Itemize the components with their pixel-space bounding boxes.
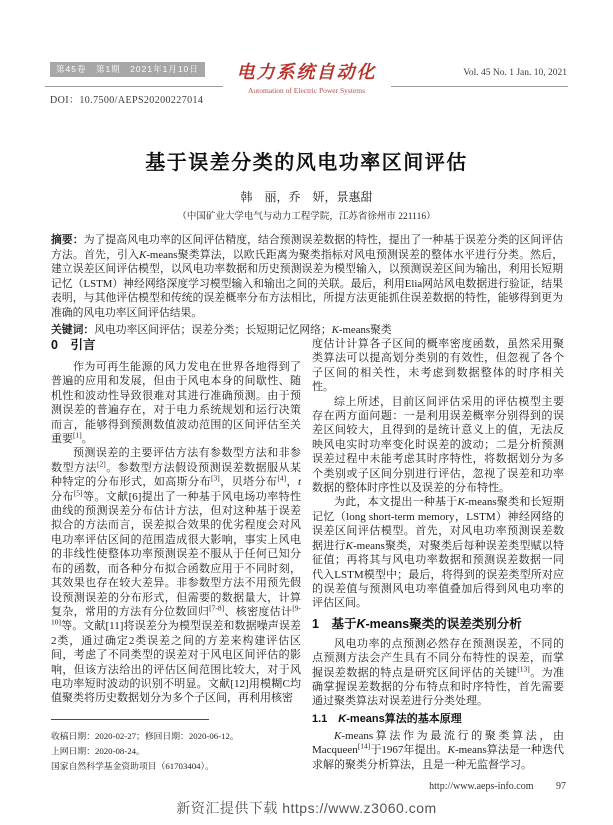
subsection1-1-paragraph-1: K-means算法作为最流行的聚类算法，由Macqueen[14]于1967年提… [312,729,564,772]
intro-paragraph-1: 作为可再生能源的风力发电在世界各地得到了普遍的应用和发展，但由于风电本身的间歇性… [51,360,301,446]
journal-logo-chinese: 电力系统自动化 [237,58,377,84]
keywords-label: 关键词： [51,324,94,336]
footnote-block: 收稿日期：2020-02-27；修回日期：2020-06-12。 上网日期：20… [51,719,303,775]
left-column: 0 引言 作为可再生能源的风力发电在世界各地得到了普遍的应用和发展，但由于风电本… [51,337,301,717]
download-watermark: 新资汇提供下载 https://www.z3060.com [0,798,613,818]
page-number: 97 [556,781,566,792]
footnote-online-date: 上网日期：2020-08-24。 [51,744,303,759]
abstract-block: 摘要：为了提高风电功率的区间评估精度，结合预测误差数据的特性，提出了一种基于误差… [51,233,563,338]
section-heading-1: 1 基于K-means聚类的误差类别分析 [312,616,564,633]
intro-paragraph-2: 预测误差的主要评估方法有参数型方法和非参数型方法[2]。参数型方法假设预测误差数… [51,446,301,705]
affiliation-line: （中国矿业大学电气与动力工程学院，江苏省徐州市 221116） [0,208,613,222]
footnote-divider [51,719,209,720]
section1-paragraph-1: 风电功率的点预测必然存在预测误差，不同的点预测方法会产生具有不同分布特性的误差，… [312,637,564,709]
body-columns: 0 引言 作为可再生能源的风力发电在世界各地得到了普遍的应用和发展，但由于风电本… [51,337,564,783]
abstract-text: 为了提高风电功率的区间评估精度，结合预测误差数据的特性，提出了一种基于误差分类的… [51,234,563,319]
page-footer: http://www.aeps-info.com 97 [429,781,566,792]
keywords-paragraph: 关键词：风电功率区间评估；误差分类；长短期记忆网络；K-means聚类 [51,323,563,338]
volume-issue-date: Vol. 45 No. 1 Jan. 10, 2021 [463,68,567,78]
subsection-heading-1-1: 1.1 K-means算法的基本原理 [312,712,564,727]
footnote-funding: 国家自然科学基金资助项目（61703404）。 [51,759,303,774]
journal-url: http://www.aeps-info.com [429,781,533,792]
intro-paragraph-3: 综上所述，目前区间评估采用的评估模型主要存在两方面问题：一是利用误差概率分别得到… [312,395,564,496]
journal-logo: 电力系统自动化 Automation of Electric Power Sys… [223,58,391,95]
paper-title: 基于误差分类的风电功率区间评估 [0,146,613,175]
footnote-received-date: 收稿日期：2020-02-27；修回日期：2020-06-12。 [51,729,303,744]
doi-text: DOI：10.7500/AEPS20200227014 [50,91,203,106]
authors-line: 韩 丽，乔 妍，景惠甜 [0,188,613,205]
right-column: 度估计计算各子区间的概率密度函数，虽然采用聚类算法可以提高划分类别的有效性，但忽… [312,337,564,783]
paper-page: 第45卷 第1期 2021年1月10日 DOI：10.7500/AEPS2020… [0,0,613,825]
issue-info-badge: 第45卷 第1期 2021年1月10日 [50,62,205,77]
journal-logo-english: Automation of Electric Power Systems [237,86,377,95]
section-heading-introduction: 0 引言 [51,337,301,354]
intro-paragraph-4: 为此，本文提出一种基于K-means聚类和长短期记忆（long short-te… [312,495,564,610]
intro-paragraph-2-continued: 度估计计算各子区间的概率密度函数，虽然采用聚类算法可以提高划分类别的有效性，但忽… [312,337,564,395]
abstract-paragraph: 摘要：为了提高风电功率的区间评估精度，结合预测误差数据的特性，提出了一种基于误差… [51,233,563,320]
abstract-label: 摘要： [51,234,84,246]
keywords-text: 风电功率区间评估；误差分类；长短期记忆网络；K-means聚类 [94,324,392,336]
